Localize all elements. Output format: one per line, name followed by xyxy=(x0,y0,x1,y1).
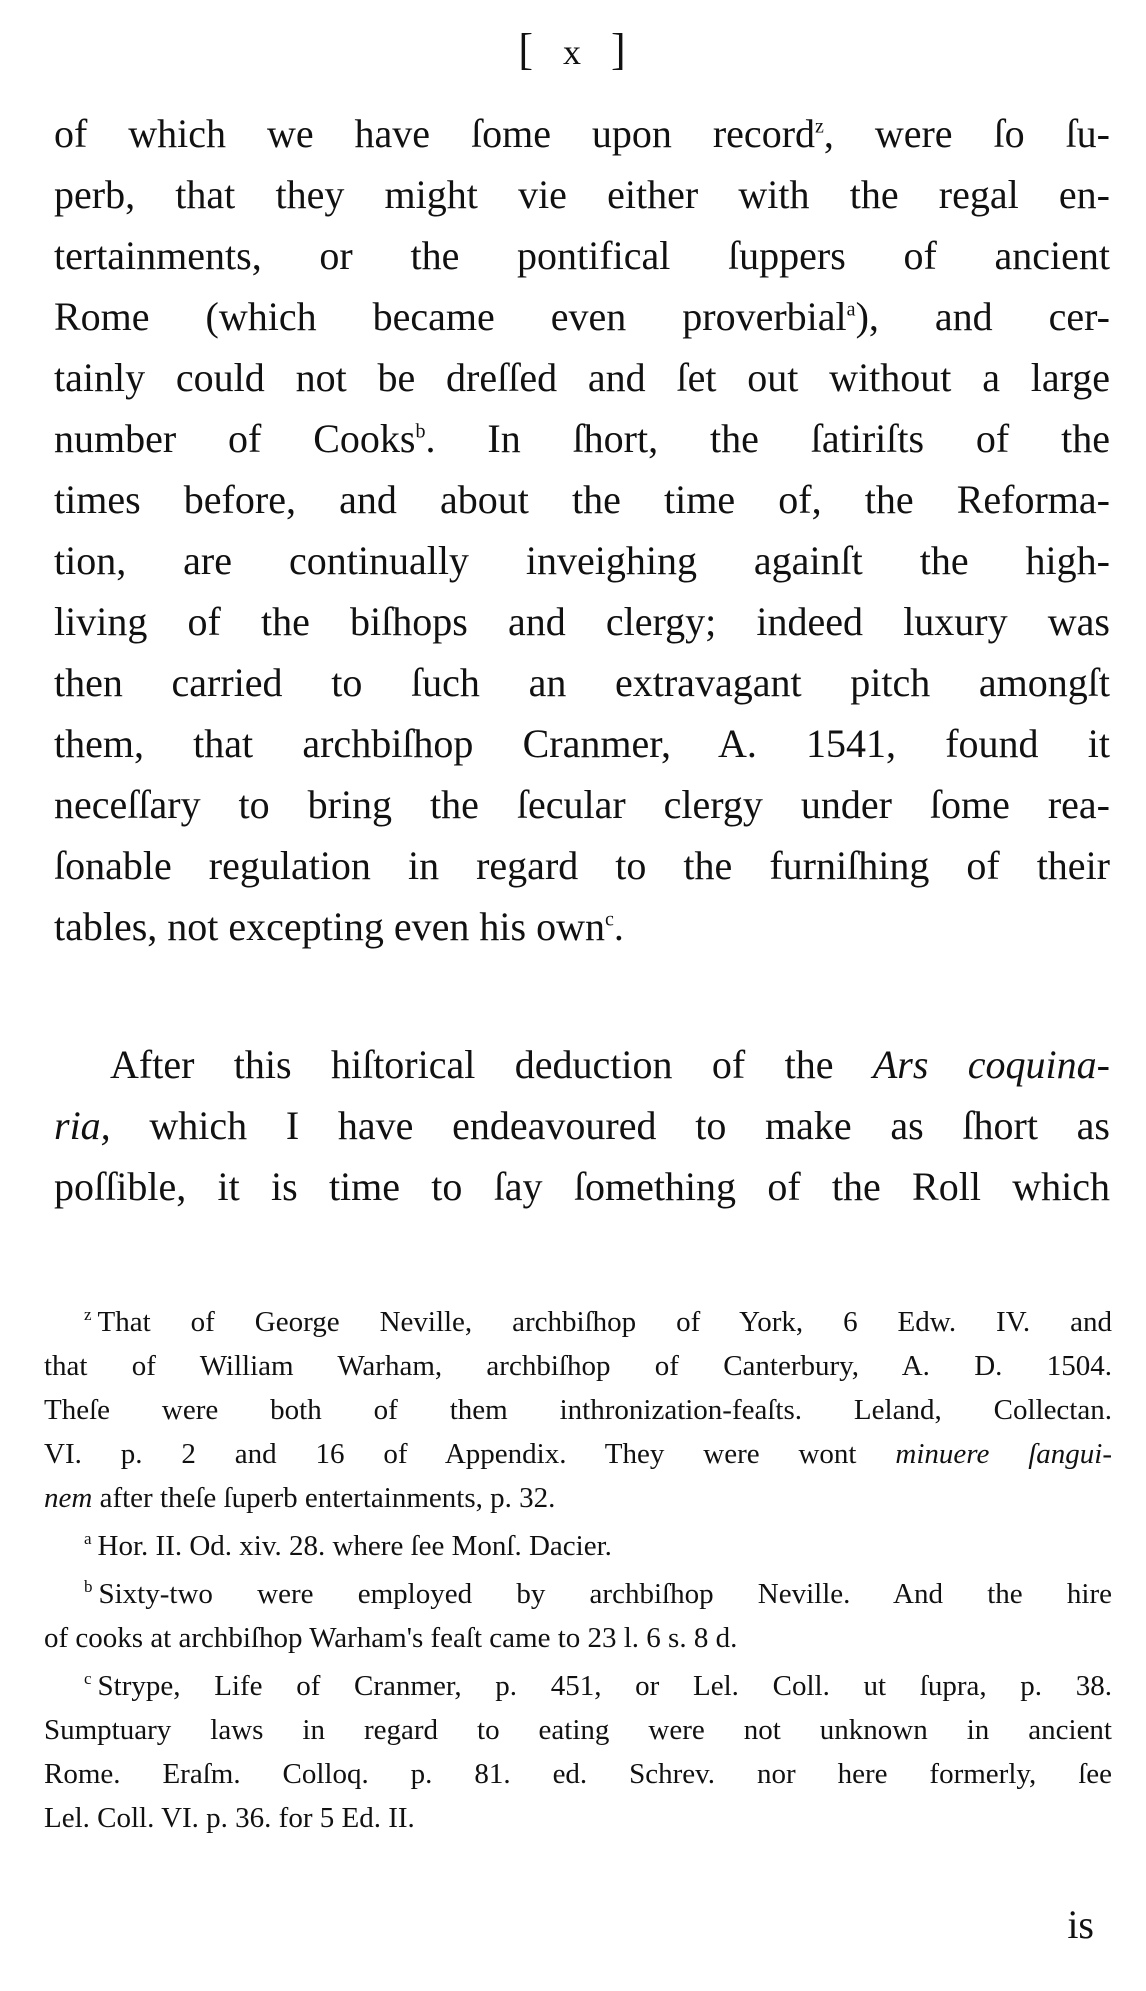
italic-term: nem xyxy=(44,1482,92,1514)
body-line: tables, not excepting even his ownc. xyxy=(54,897,1110,957)
footnote-text: That of George Neville, archbiſhop of Yo… xyxy=(98,1306,1112,1338)
catchword: is xyxy=(1067,1900,1094,1950)
italic-term: ria, xyxy=(54,1103,111,1148)
body-line: living of the biſhops and clergy; indeed… xyxy=(54,592,1110,652)
line-text: . In ſhort, the ſatiriſts of the xyxy=(426,416,1110,461)
footnote-text: Lel. Coll. VI. p. 36. for 5 Ed. II. xyxy=(44,1802,415,1834)
footnote-text: Strype, Life of Cranmer, p. 451, or Lel.… xyxy=(98,1670,1112,1702)
body-line: poſſible, it is time to ſay ſomething of… xyxy=(54,1157,1110,1217)
footnote-c: cStrype, Life of Cranmer, p. 451, or Lel… xyxy=(44,1664,1112,1708)
line-text: tainly could not be dreſſed and ſet out … xyxy=(54,355,1110,400)
line-text: tion, are continually inveighing againſt… xyxy=(54,538,1110,583)
footnote-line: of cooks at archbiſhop Warham's feaſt ca… xyxy=(44,1616,1112,1660)
italic-term: Ars coquina- xyxy=(873,1042,1110,1087)
line-text: living of the biſhops and clergy; indeed… xyxy=(54,599,1110,644)
body-line: ria, which I have endeavoured to make as… xyxy=(54,1096,1110,1156)
footnote-mark: z xyxy=(84,1305,92,1324)
footnote-text: Hor. II. Od. xiv. 28. where ſee Monſ. Da… xyxy=(98,1530,612,1562)
body-line: times before, and about the time of, the… xyxy=(54,470,1110,530)
line-text: times before, and about the time of, the… xyxy=(54,477,1110,522)
footnote-line: VI. p. 2 and 16 of Appendix. They were w… xyxy=(44,1432,1112,1476)
footnote-text: Theſe were both of them inthronization-f… xyxy=(44,1394,1112,1426)
footnote-text: Rome. Eraſm. Colloq. p. 81. ed. Schrev. … xyxy=(44,1758,1112,1790)
page-header: [x] xyxy=(0,22,1146,80)
footnote-mark: c xyxy=(84,1669,92,1688)
line-text: , were ſo ſu- xyxy=(824,111,1110,156)
line-text: tables, not excepting even his own xyxy=(54,904,605,949)
line-text: number of Cooks xyxy=(54,416,416,461)
body-line: ſonable regulation in regard to the furn… xyxy=(54,836,1110,896)
footnote-line: Rome. Eraſm. Colloq. p. 81. ed. Schrev. … xyxy=(44,1752,1112,1796)
line-text: poſſible, it is time to ſay ſomething of… xyxy=(54,1164,1110,1209)
footnote-text: of cooks at archbiſhop Warham's feaſt ca… xyxy=(44,1622,737,1654)
line-text: which I have endeavoured to make as ſhor… xyxy=(111,1103,1110,1148)
body-line: After this hiſtorical deduction of the A… xyxy=(54,1035,1110,1095)
footnote-mark: a xyxy=(84,1529,92,1548)
body-line: number of Cooksb. In ſhort, the ſatiriſt… xyxy=(54,409,1110,469)
footnote-line: Sumptuary laws in regard to eating were … xyxy=(44,1708,1112,1752)
italic-term: minuere ſangui- xyxy=(895,1438,1112,1470)
footnote-ref-c[interactable]: c xyxy=(605,909,614,931)
footnote-ref-a[interactable]: a xyxy=(847,299,856,321)
line-text: . xyxy=(614,904,624,949)
line-text: perb, that they might vie either with th… xyxy=(54,172,1110,217)
page-number-open-bracket: [ xyxy=(518,22,535,78)
footnote-ref-z[interactable]: z xyxy=(815,116,824,138)
footnote-text: VI. p. 2 and 16 of Appendix. They were w… xyxy=(44,1438,895,1470)
line-text: tertainments, or the pontifical ſuppers … xyxy=(54,233,1110,278)
line-text: After this hiſtorical deduction of the xyxy=(110,1042,873,1087)
footnote-line: nem after theſe ſuperb entertainments, p… xyxy=(44,1476,1112,1520)
page-number: x xyxy=(563,24,583,80)
line-text: Rome (which became even proverbial xyxy=(54,294,847,339)
line-text: then carried to ſuch an extravagant pitc… xyxy=(54,660,1110,705)
footnote-text: after theſe ſuperb entertainments, p. 32… xyxy=(92,1482,555,1514)
body-line: Rome (which became even proverbiala), an… xyxy=(54,287,1110,347)
body-line: neceſſary to bring the ſecular clergy un… xyxy=(54,775,1110,835)
footnote-a: aHor. II. Od. xiv. 28. where ſee Monſ. D… xyxy=(44,1524,1112,1568)
line-text: neceſſary to bring the ſecular clergy un… xyxy=(54,782,1110,827)
line-text: ), and cer- xyxy=(856,294,1110,339)
body-line: then carried to ſuch an extravagant pitc… xyxy=(54,653,1110,713)
footnote-b: bSixty-two were employed by archbiſhop N… xyxy=(44,1572,1112,1616)
footnote-line: Lel. Coll. VI. p. 36. for 5 Ed. II. xyxy=(44,1796,1112,1840)
line-text: ſonable regulation in regard to the furn… xyxy=(54,843,1110,888)
body-line: tainly could not be dreſſed and ſet out … xyxy=(54,348,1110,408)
body-line: tertainments, or the pontifical ſuppers … xyxy=(54,226,1110,286)
body-line: perb, that they might vie either with th… xyxy=(54,165,1110,225)
body-line: tion, are continually inveighing againſt… xyxy=(54,531,1110,591)
footnote-ref-b[interactable]: b xyxy=(416,421,426,443)
footnote-mark: b xyxy=(84,1577,93,1596)
footnote-line: that of William Warham, archbiſhop of Ca… xyxy=(44,1344,1112,1388)
body-line: them, that archbiſhop Cranmer, A. 1541, … xyxy=(54,714,1110,774)
footnote-line: Theſe were both of them inthronization-f… xyxy=(44,1388,1112,1432)
footnote-z: zThat of George Neville, archbiſhop of Y… xyxy=(44,1300,1112,1344)
body-line: of which we have ſome upon recordz, were… xyxy=(54,104,1110,164)
footnote-text: that of William Warham, archbiſhop of Ca… xyxy=(44,1350,1112,1382)
footnote-text: Sumptuary laws in regard to eating were … xyxy=(44,1714,1112,1746)
footnote-text: Sixty-two were employed by archbiſhop Ne… xyxy=(99,1578,1113,1610)
line-text: them, that archbiſhop Cranmer, A. 1541, … xyxy=(54,721,1110,766)
line-text: of which we have ſome upon record xyxy=(54,111,815,156)
page-number-close-bracket: ] xyxy=(611,22,628,78)
